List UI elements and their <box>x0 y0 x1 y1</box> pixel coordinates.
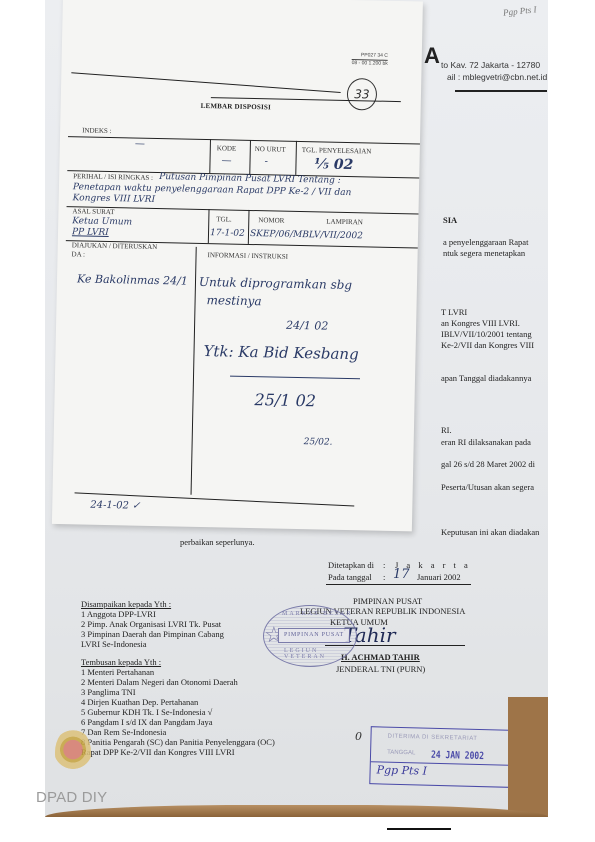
enact-day-handwritten: 17 <box>393 567 410 582</box>
label-perihal: PERIHAL / ISI RINGKAS : <box>73 172 153 182</box>
letter-text: eran RI dilaksanakan pada <box>441 437 531 448</box>
letter-text: apan Tanggal diadakannya <box>441 373 531 384</box>
letter-text: perbaikan seperlunya. <box>180 537 255 548</box>
form-title: LEMBAR DISPOSISI <box>201 102 271 111</box>
circled-number: 33 <box>347 78 378 111</box>
instruction-2: mestinya <box>206 293 261 308</box>
received-date: 24 JAN 2002 <box>431 750 484 762</box>
letter-text: Peserta/Utusan akan segera <box>441 482 534 493</box>
enact-date-label: Pada tanggal <box>328 572 372 583</box>
disposition-sheet: PP027 34 C 08 - 00 1.200 bk 33 LEMBAR DI… <box>52 0 423 531</box>
letter-text: Ke-2/VII dan Kongres VIII <box>441 340 534 351</box>
letter-text: T LVRI <box>441 307 467 318</box>
letterhead-fragment: A <box>424 43 440 69</box>
letter-text: gal 26 s/d 28 Maret 2002 di <box>441 459 535 470</box>
letter-text: Keputusan ini akan diadakan <box>441 527 539 538</box>
letter-text: IBLV/VII/10/2001 tentang <box>441 329 532 340</box>
label-no-urut: NO URUT <box>255 145 286 154</box>
initial-1: 24/1 02 <box>286 319 328 333</box>
footer-date: 24-1-02 ✓ <box>90 500 140 512</box>
form-code: PP027 34 C 08 - 00 1.200 bk <box>352 52 388 68</box>
letter-text: an Kongres VIII LVRI. <box>441 318 520 329</box>
label-tgl-penyelesaian: TGL. PENYELESAIAN <box>302 146 372 155</box>
bottom-rule <box>387 828 451 830</box>
watermark: DPAD DIY <box>36 789 107 806</box>
regional-emblem-icon <box>55 728 91 776</box>
label-nomor: NOMOR <box>258 216 284 225</box>
label-indeks: INDEKS : <box>82 126 112 135</box>
desk-edge <box>45 805 548 817</box>
signatory-rank: JENDERAL TNI (PURN) <box>336 664 425 675</box>
letterhead-address: to Kav. 72 Jakarta - 12780 <box>441 60 540 70</box>
letterhead-email: ail : mblegvetri@cbn.net.id <box>447 72 547 82</box>
letter-text: RI. <box>441 425 452 436</box>
received-handwritten: Pgp Pts I <box>376 763 427 777</box>
instruction-3: Ytk: Ka Bid Kesbang <box>203 342 358 363</box>
desk-background <box>508 697 548 817</box>
margin-mark: 0 <box>355 730 362 743</box>
letter-text: a penyelenggaraan Rapat <box>443 237 528 248</box>
top-handwritten-note: Pgp Pts I <box>503 4 537 17</box>
document-photo: Pgp Pts I A to Kav. 72 Jakarta - 12780 a… <box>45 0 548 817</box>
label-asal-surat: ASAL SURAT <box>72 207 114 216</box>
letter-text: ntuk segera menetapkan <box>443 248 525 259</box>
initial-3: 25/02. <box>304 437 333 448</box>
label-informasi: INFORMASI / INSTRUKSI <box>207 251 288 261</box>
received-stamp: DITERIMA DI SEKRETARIAT TANGGAL 24 JAN 2… <box>369 726 510 788</box>
letterhead-rule <box>455 90 547 92</box>
enact-date-rest: Januari 2002 <box>417 572 461 583</box>
label-da: DA : <box>71 250 85 258</box>
label-kode: KODE <box>217 144 237 152</box>
initial-2: 25/1 02 <box>254 390 316 410</box>
official-stamp: ☆ MARKAS BESAR PIMPINAN PUSAT LEGIUN VET… <box>263 605 357 667</box>
enact-place-label: Ditetapkan di <box>328 560 374 571</box>
forward-to: Ke Bakolinmas 24/1 <box>77 272 188 287</box>
label-tgl: TGL. <box>216 215 232 223</box>
copy-item: Rapat DPP Ke-2/VII dan Kongres VIII LVRI <box>81 747 235 758</box>
recipient-item: LVRI Se-Indonesia <box>81 639 147 650</box>
letter-text: SIA <box>443 215 457 226</box>
label-lampiran: LAMPIRAN <box>326 218 363 227</box>
instruction-1: Untuk diprogramkan sbg <box>199 275 352 292</box>
